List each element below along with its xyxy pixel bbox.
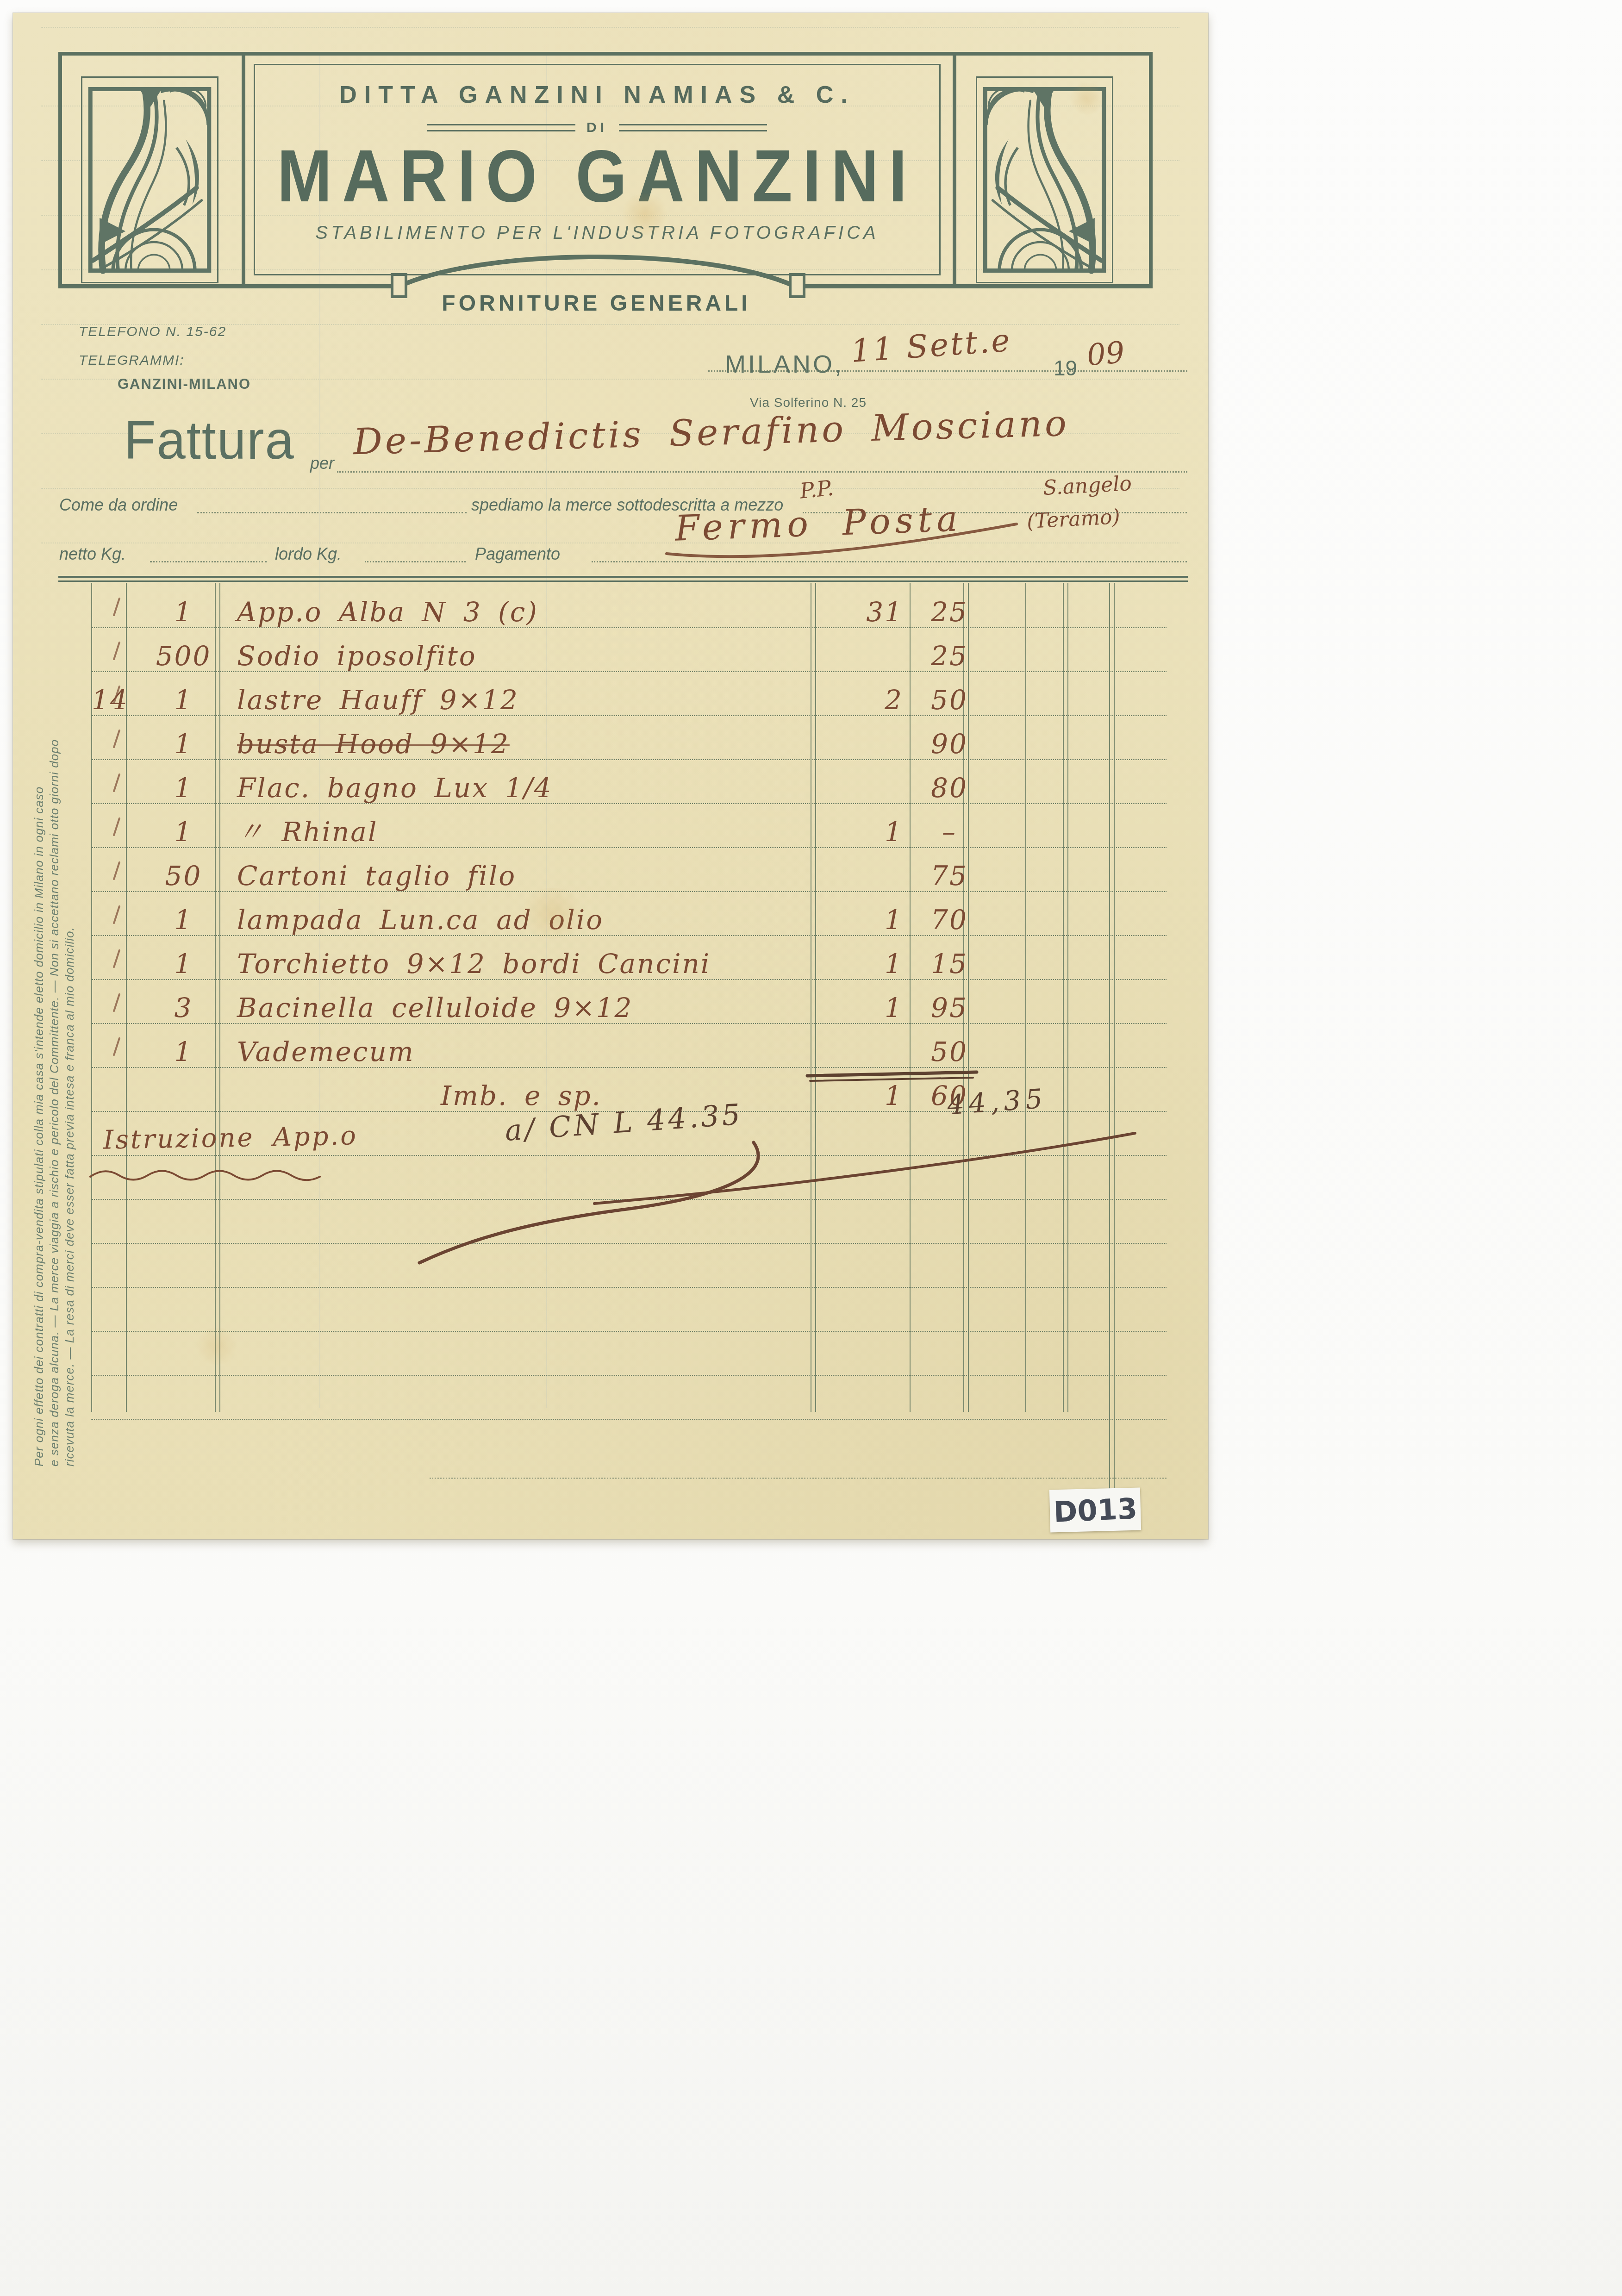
lordo-dotted-line [365,561,466,562]
row-amount-lire: 31 [776,599,903,625]
art-nouveau-ornament-right [976,76,1113,283]
telephone-line: TELEFONO N. 15-62 [79,324,226,340]
header-right-rule [1149,52,1153,287]
row-amount-lire: 1 [776,906,903,933]
faint-rule [41,488,1179,489]
owner-name: MARIO GANZINI [255,134,939,219]
handwritten-province: (Teramo) [1026,505,1121,533]
row-description: Vademecum [237,1038,885,1065]
row-description: busta Hood 9×12 [237,730,885,757]
table-row: 3 Bacinella celluloide 9×12 1 95 [91,979,1167,1024]
row-quantity: 1 [145,818,222,845]
come-da-ordine-label: Come da ordine [59,495,178,515]
checkmark-stroke [113,817,121,836]
pagamento-dotted-line [592,561,1187,562]
row-amount-cent: 80 [922,774,977,801]
row-amount-cent: 25 [922,599,977,625]
table-row: 1 Torchietto 9×12 bordi Cancini 1 15 [91,935,1167,980]
checkmark-stroke [113,949,121,968]
double-line-right [619,124,767,131]
bottom-dotted-line [430,1478,1167,1479]
row-margin-mark: 14 [92,686,124,713]
handwritten-instruction-note: Istruzione App.o [103,1121,358,1155]
table-row: 14 1 lastre Hauff 9×12 2 50 [91,671,1167,716]
row-quantity: 3 [145,994,222,1021]
art-nouveau-ornament-left [81,76,218,283]
header-top-rule [58,52,1153,56]
row-amount-cent: 25 [922,643,977,669]
forniture-banner: FORNITURE GENERALI [244,291,948,316]
row-quantity: 1 [145,730,222,757]
row-amount-lire: 1 [776,950,903,977]
di-label: DI [586,120,608,136]
checkmark-stroke [113,1037,121,1056]
telegram-address: GANZINI-MILANO [118,376,251,393]
table-row-empty [91,1375,1167,1420]
row-quantity: 1 [145,950,222,977]
row-amount-lire: 1 [776,994,903,1021]
checkmark-stroke [113,993,121,1012]
row-amount-cent: 70 [922,906,977,933]
handwritten-recipient: De-Benedictis Serafino Mosciano [353,403,1070,463]
invoice-sheet: DITTA GANZINI NAMIAS & C. DI MARIO GANZI… [13,13,1208,1539]
checkmark-stroke [113,861,121,880]
checkmark-stroke [113,597,121,616]
row-amount-cent: 75 [922,862,977,889]
table-row-empty [91,1331,1167,1376]
header-divider-left [242,52,245,287]
table-row: 500 Sodio iposolfito 25 [91,627,1167,672]
row-amount-cent: 15 [922,950,977,977]
di-divider: DI [255,120,939,136]
table-top-rule-1 [58,576,1188,578]
faint-rule [41,27,1179,28]
bottom-rule-left [58,284,399,288]
table-row: 50 Cartoni taglio filo 75 [91,847,1167,892]
row-description: Cartoni taglio filo [237,862,885,889]
netto-dotted-line [150,561,267,562]
double-line-left [427,124,575,131]
order-dotted-line [197,512,467,513]
checkmark-stroke [113,773,121,792]
table-row: 1 〃 Rhinal 1 – [91,803,1167,848]
letterhead-box: DITTA GANZINI NAMIAS & C. DI MARIO GANZI… [254,64,941,275]
table-row: 1 Flac. bagno Lux 1/4 80 [91,759,1167,804]
per-label: per [310,454,334,473]
handwritten-date: 11 Sett.e [850,322,1013,370]
table-row-empty [91,1287,1167,1332]
row-amount-cent: 90 [922,730,977,757]
table-row: 1 App.o Alba N 3 (c) 31 25 [91,583,1167,628]
header-divider-right [953,52,956,287]
checkmark-stroke [113,729,121,748]
terms-line-2: e senza deroga alcuna. — La merce viaggi… [47,559,62,1466]
handwritten-year: 09 [1085,336,1126,373]
row-amount-cent: – [922,818,977,845]
terms-line-1: Per ogni effetto dei contratti di compra… [31,559,47,1466]
company-name-line: DITTA GANZINI NAMIAS & C. [255,81,939,109]
telegram-label: TELEGRAMMI: [79,353,185,368]
table-row: 1 Vademecum 50 [91,1023,1167,1068]
terms-line-3: ricevuta la merce. — La resa di merci de… [62,559,77,1466]
invoice-title: Fattura [124,409,295,471]
lordo-label: lordo Kg. [275,544,342,564]
handwritten-shipping-initials: P.P. [799,475,835,503]
row-quantity: 1 [145,774,222,801]
company-subtitle: STABILIMENTO PER L'INDUSTRIA FOTOGRAFICA [255,223,939,243]
row-description: Sodio iposolfito [237,643,885,669]
faint-rule [41,543,1179,543]
table-top-rule-2 [58,580,1188,582]
swirl-ornament-icon [87,82,212,277]
recipient-dotted-line [337,471,1187,473]
bottom-rule-right [795,284,1153,288]
swirl-ornament-icon [982,82,1107,277]
header-left-rule [58,52,62,287]
checkmark-stroke [113,905,121,924]
table-row-empty [91,1243,1167,1288]
row-amount-cent: 50 [922,1038,977,1065]
city-label: MILANO, [725,350,844,379]
row-quantity: 500 [145,643,222,669]
pagamento-label: Pagamento [475,544,560,564]
row-quantity: 1 [145,686,222,713]
archive-label-sticker: D013 [1049,1487,1141,1532]
table-row: 1 lampada Lun.ca ad olio 1 70 [91,891,1167,936]
table-row: 1 busta Hood 9×12 90 [91,715,1167,760]
row-quantity: 50 [145,862,222,889]
row-description: Flac. bagno Lux 1/4 [237,774,885,801]
row-quantity: 1 [145,1038,222,1065]
row-amount-lire: 1 [776,1082,903,1109]
table-row-empty [91,1199,1167,1244]
row-amount-cent: 50 [922,686,977,713]
row-quantity: 1 [145,906,222,933]
table-row-empty [91,1155,1167,1200]
row-amount-lire: 1 [776,818,903,845]
row-amount-cent: 95 [922,994,977,1021]
date-dotted-line [708,370,1187,372]
row-amount-lire: 2 [776,686,903,713]
terms-sidebar: Per ogni effetto dei contratti di compra… [31,559,77,1466]
handwritten-locality: S.angelo [1042,472,1132,500]
year-printed: 19 [1054,356,1077,381]
row-quantity: 1 [145,599,222,625]
archive-label-text: D013 [1053,1491,1138,1529]
checkmark-stroke [113,641,121,660]
